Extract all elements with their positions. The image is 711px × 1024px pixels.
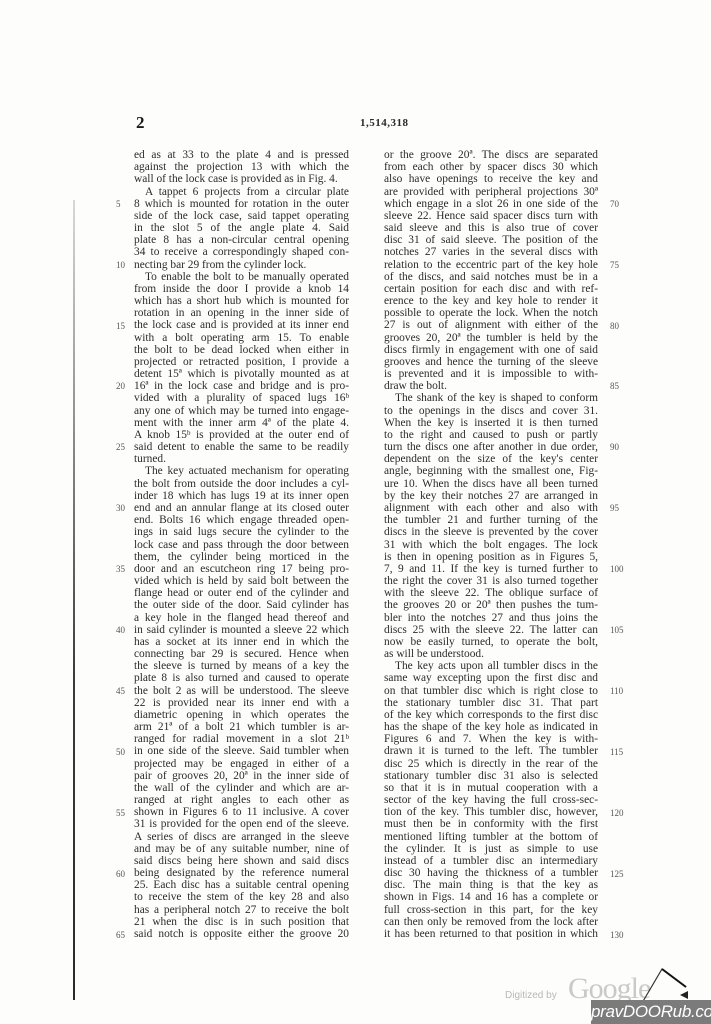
text-line: notches 27 varies in the several discs w…	[384, 246, 598, 258]
margin-line-number: 60	[116, 869, 125, 879]
text-line: can then only be removed from the lock a…	[384, 916, 598, 928]
text-line: by the key their notches 27 are arranged…	[384, 490, 598, 502]
text-line: the tumbler 21 and further turning of th…	[384, 514, 598, 526]
text-line: arm 21ª of a bolt 21 which tumbler is ar…	[134, 721, 349, 733]
text-line: in said cylinder is mounted a sleeve 22 …	[134, 624, 349, 636]
text-line: rotation in an opening in the inner side…	[134, 307, 349, 319]
text-line: the stationary tumbler disc 31. That par…	[384, 697, 598, 709]
text-line: tion of the key. This tumbler disc, howe…	[384, 806, 598, 818]
text-line: ings in said lugs secure the cylinder to…	[134, 526, 349, 538]
text-line: 7, 9 and 11. If the key is turned furthe…	[384, 563, 598, 575]
text-line: a key hole in the flanged head thereof a…	[134, 612, 349, 624]
text-line: grooves 20, 20ª the tumbler is held by t…	[384, 332, 598, 344]
text-line: shown in Figs. 14 and 16 has a complete …	[384, 891, 598, 903]
text-line: drawn it is turned to the left. The tumb…	[384, 745, 598, 757]
text-line: and may be of any suitable number, nine …	[134, 843, 349, 855]
text-line: the outer side of the door. Said cylinde…	[134, 599, 349, 611]
text-line: the right the cover 31 is also turned to…	[384, 575, 598, 587]
text-line: must then be in conformity with the firs…	[384, 818, 598, 830]
text-line: 16ª in the lock case and bridge and is p…	[134, 380, 349, 392]
text-line: has the shape of the key hole as indicat…	[384, 721, 598, 733]
text-line: A tappet 6 projects from a circular plat…	[134, 186, 349, 198]
margin-line-number: 70	[610, 199, 619, 209]
margin-line-number: 115	[610, 747, 623, 757]
text-line: being designated by the reference numera…	[134, 867, 349, 879]
text-line: wall of the lock case is provided as in …	[134, 173, 349, 185]
text-line: ed as at 33 to the plate 4 and is presse…	[134, 149, 349, 161]
margin-line-number: 85	[610, 381, 619, 391]
margin-line-number: 90	[610, 442, 619, 452]
text-line: disc 25 which is directly in the rear of…	[384, 758, 598, 770]
margin-line-number: 20	[116, 381, 125, 391]
text-line: 25. Each disc has a suitable central ope…	[134, 879, 349, 891]
text-line: has a socket at its inner end in which t…	[134, 636, 349, 648]
text-line: said discs being here shown and said dis…	[134, 855, 349, 867]
text-line: end. Bolts 16 which engage threaded open…	[134, 514, 349, 526]
text-line: with the sleeve 22. The oblique surface …	[384, 587, 598, 599]
text-line: The key actuated mechanism for operating	[134, 465, 349, 477]
site-watermark-badge: pravDOORub.com	[591, 1000, 711, 1024]
text-line: which engage in a slot 26 in one side of…	[384, 198, 598, 210]
margin-line-number: 95	[610, 503, 619, 513]
text-line: to receive the stem of the key 28 and al…	[134, 891, 349, 903]
margin-line-number: 10	[116, 260, 125, 270]
text-line: in the slot 5 of the angle plate 4. Said	[134, 222, 349, 234]
text-line: bler into the notches 27 and thus joins …	[384, 612, 598, 624]
text-line: vided with a plurality of spaced lugs 16…	[134, 392, 349, 404]
text-line: the wall of the cylinder and which are a…	[134, 782, 349, 794]
text-line: vided which is held by said bolt between…	[134, 575, 349, 587]
text-line: stationary tumbler disc 31 also is selec…	[384, 770, 598, 782]
text-line: plate 8 is also turned and caused to ope…	[134, 672, 349, 684]
text-line: certain position for each disc and with …	[384, 283, 598, 295]
text-line: any one of which may be turned into enga…	[134, 405, 349, 417]
text-line: draw the bolt.	[384, 380, 598, 392]
margin-line-number: 130	[610, 930, 624, 940]
text-line: them, the cylinder being morticed in the	[134, 551, 349, 563]
text-line: so that it is in mutual cooperation with…	[384, 782, 598, 794]
binding-edge-line	[73, 200, 75, 1000]
margin-line-number: 50	[116, 747, 125, 757]
text-line: sleeve 22. Hence said spacer discs turn …	[384, 210, 598, 222]
margin-line-number: 5	[116, 199, 121, 209]
left-text-column: ed as at 33 to the plate 4 and is presse…	[134, 149, 349, 940]
text-line: 8 which is mounted for rotation in the o…	[134, 198, 349, 210]
text-line: door and an escutcheon ring 17 being pro…	[134, 563, 349, 575]
text-line: turned.	[134, 453, 349, 465]
page-number: 2	[136, 113, 145, 133]
text-line: is then in opening position as in Figure…	[384, 551, 598, 563]
margin-line-number: 120	[610, 808, 624, 818]
text-line: ranged for radial movement in a slot 21ᵇ	[134, 733, 349, 745]
text-line: has a peripheral notch 27 to receive the…	[134, 904, 349, 916]
margin-line-number: 30	[116, 503, 125, 513]
margin-line-number: 15	[116, 321, 125, 331]
text-line: 31 is provided for the open end of the s…	[134, 818, 349, 830]
text-line: said sleeve and this is also true of cov…	[384, 222, 598, 234]
text-line: now be easily turned, to operate the bol…	[384, 636, 598, 648]
text-line: from each other by spacer discs 30 which	[384, 161, 598, 173]
text-line: is prevented and it is impossible to wit…	[384, 368, 598, 380]
text-line: side of the lock case, said tappet opera…	[134, 210, 349, 222]
text-line: it has been returned to that position in…	[384, 928, 598, 940]
text-line: with a bolt operating arm 15. To enable	[134, 332, 349, 344]
margin-line-number: 75	[610, 260, 619, 270]
text-line: to the right and caused to push or partl…	[384, 429, 598, 441]
text-line: alignment with each other and also with	[384, 502, 598, 514]
digitized-by-text: Digitized by	[505, 990, 557, 1001]
text-line: same way excepting upon the first disc a…	[384, 672, 598, 684]
text-line: When the key is inserted it is then turn…	[384, 417, 598, 429]
text-line: mentioned lifting tumbler at the bottom …	[384, 831, 598, 843]
text-line: discs in the sleeve is prevented by the …	[384, 526, 598, 538]
text-line: inder 18 which has lugs 19 at its inner …	[134, 490, 349, 502]
text-line: projected or retracted position, I provi…	[134, 356, 349, 368]
text-line: discs firmly in engagement with one of s…	[384, 344, 598, 356]
text-line: against the projection 13 with which the	[134, 161, 349, 173]
text-line: shown in Figures 6 to 11 inclusive. A co…	[134, 806, 349, 818]
margin-line-number: 80	[610, 321, 619, 331]
text-line: relation to the eccentric part of the ke…	[384, 259, 598, 271]
text-line: A knob 15ᵇ is provided at the outer end …	[134, 429, 349, 441]
text-line: the lock case and is provided at its inn…	[134, 319, 349, 331]
text-line: or the groove 20ª. The discs are separat…	[384, 149, 598, 161]
margin-line-number: 105	[610, 625, 624, 635]
text-line: detent 15ª which is pivotally mounted as…	[134, 368, 349, 380]
text-line: as will be understood.	[384, 648, 598, 660]
margin-line-number: 65	[116, 930, 125, 940]
text-line: full cross-section in this part, for the…	[384, 904, 598, 916]
text-line: said notch is opposite either the groove…	[134, 928, 349, 940]
text-line: angle, beginning with the smallest one, …	[384, 465, 598, 477]
text-line: grooves and hence the turning of the sle…	[384, 356, 598, 368]
text-line: of the key which corresponds to the firs…	[384, 709, 598, 721]
text-line: erence to the key and key hole to render…	[384, 295, 598, 307]
text-line: A series of discs are arranged in the sl…	[134, 831, 349, 843]
text-line: disc 31 of said sleeve. The position of …	[384, 234, 598, 246]
text-line: ranged at right angles to each other as	[134, 794, 349, 806]
text-line: dependent on the size of the key's cente…	[384, 453, 598, 465]
text-line: 31 with which the bolt engages. The lock	[384, 539, 598, 551]
text-line: the cylinder. It is just as simple to us…	[384, 843, 598, 855]
margin-line-number: 55	[116, 808, 125, 818]
text-line: pair of grooves 20, 20ª in the inner sid…	[134, 770, 349, 782]
margin-line-number: 110	[610, 686, 623, 696]
text-line: 22 is provided near its inner end with a	[134, 697, 349, 709]
margin-line-number: 125	[610, 869, 624, 879]
text-line: ment with the inner arm 4ª of the plate …	[134, 417, 349, 429]
text-line: To enable the bolt to be manually operat…	[134, 271, 349, 283]
text-line: from inside the door I provide a knob 14	[134, 283, 349, 295]
text-line: The shank of the key is shaped to confor…	[384, 392, 598, 404]
right-text-column: or the groove 20ª. The discs are separat…	[384, 149, 598, 940]
margin-line-number: 35	[116, 564, 125, 574]
margin-line-number: 40	[116, 625, 125, 635]
text-line: instead of a tumbler disc an intermediar…	[384, 855, 598, 867]
text-line: The key acts upon all tumbler discs in t…	[384, 660, 598, 672]
text-line: possible to operate the lock. When the n…	[384, 307, 598, 319]
text-line: end and an annular flange at its closed …	[134, 502, 349, 514]
text-line: ure 10. When the discs have all been tur…	[384, 478, 598, 490]
text-line: of the discs, and said notches must be i…	[384, 271, 598, 283]
patent-page: 2 1,514,318 ed as at 33 to the plate 4 a…	[0, 0, 711, 1024]
text-line: in one side of the sleeve. Said tumbler …	[134, 745, 349, 757]
text-line: sector of the key having the full cross-…	[384, 794, 598, 806]
text-line: 34 to receive a correspondingly shaped c…	[134, 246, 349, 258]
text-line: Figures 6 and 7. When the key is with-	[384, 733, 598, 745]
text-line: on that tumbler disc which is right clos…	[384, 685, 598, 697]
text-line: necting bar 29 from the cylinder lock.	[134, 259, 349, 271]
text-line: 27 is out of alignment with either of th…	[384, 319, 598, 331]
text-line: the grooves 20 or 20ª then pushes the tu…	[384, 599, 598, 611]
text-line: turn the discs one after another in due …	[384, 441, 598, 453]
text-line: the sleeve is turned by means of a key t…	[134, 660, 349, 672]
page-curl-icon	[640, 965, 690, 1005]
text-line: lock case and pass through the door betw…	[134, 539, 349, 551]
text-line: to the openings in the discs and cover 3…	[384, 405, 598, 417]
text-line: the bolt 2 as will be understood. The sl…	[134, 685, 349, 697]
text-line: said detent to enable the same to be rea…	[134, 441, 349, 453]
margin-line-number: 25	[116, 442, 125, 452]
text-line: discs 25 with the sleeve 22. The latter …	[384, 624, 598, 636]
text-line: diametric opening in which operates the	[134, 709, 349, 721]
text-line: flange head or outer end of the cylinder…	[134, 587, 349, 599]
text-line: are provided with peripheral projections…	[384, 186, 598, 198]
margin-line-number: 45	[116, 686, 125, 696]
text-line: the bolt from outside the door includes …	[134, 478, 349, 490]
text-line: disc 30 having the thickness of a tumble…	[384, 867, 598, 879]
text-line: projected may be engaged in either of a	[134, 758, 349, 770]
text-line: plate 8 has a non-circular central openi…	[134, 234, 349, 246]
text-line: the bolt to be dead locked when either i…	[134, 344, 349, 356]
text-line: which has a short hub which is mounted f…	[134, 295, 349, 307]
margin-line-number: 100	[610, 564, 624, 574]
text-line: connecting bar 29 is secured. Hence when	[134, 648, 349, 660]
patent-number: 1,514,318	[360, 117, 409, 129]
text-line: also have openings to receive the key an…	[384, 173, 598, 185]
text-line: 21 when the disc is in such position tha…	[134, 916, 349, 928]
text-line: disc. The main thing is that the key as	[384, 879, 598, 891]
